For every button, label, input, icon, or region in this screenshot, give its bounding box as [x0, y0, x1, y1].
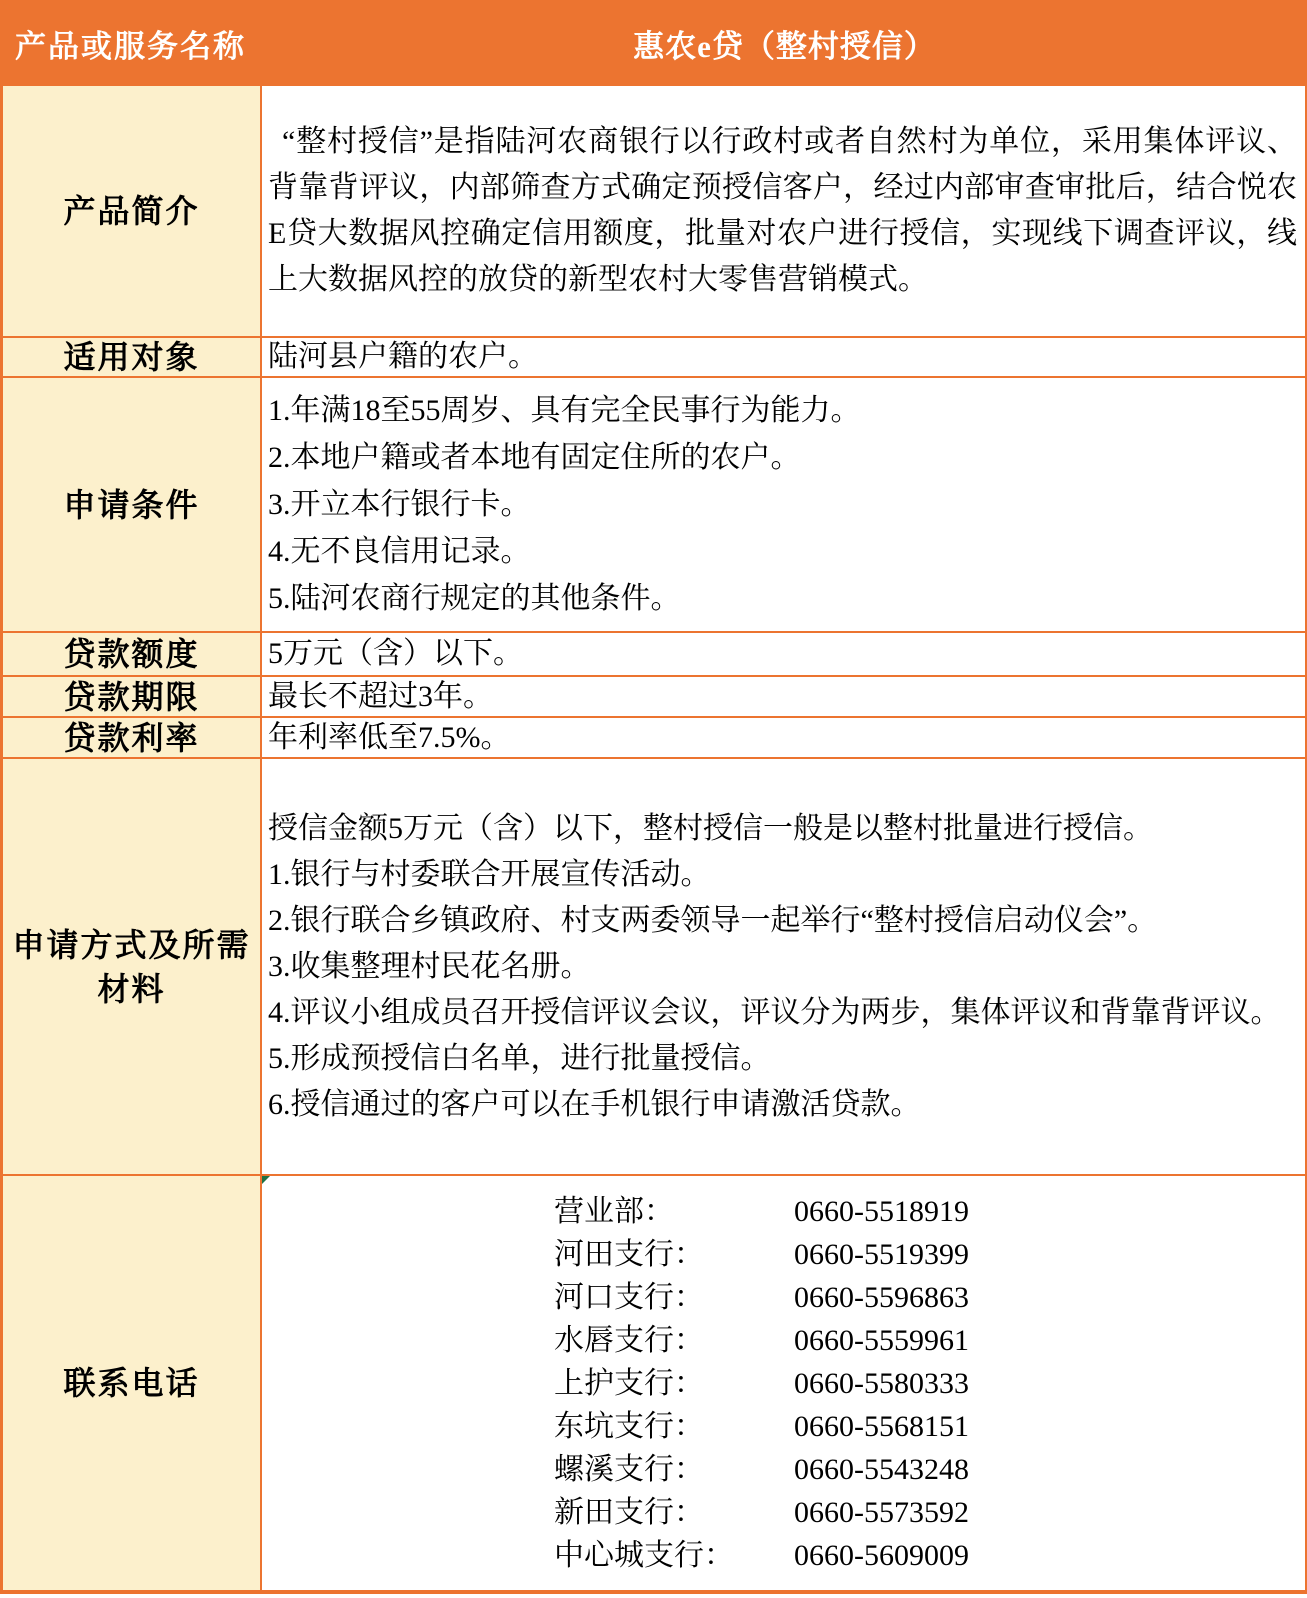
label-application-process: 申请方式及所需材料 [0, 759, 262, 1174]
contact-row: 水唇支行： 0660-5559961 [554, 1319, 1305, 1362]
contact-row: 螺溪支行： 0660-5543248 [554, 1448, 1305, 1491]
branch-phone: 0660-5518919 [794, 1190, 969, 1233]
target-customers-text: 陆河县户籍的农户。 [268, 340, 1297, 374]
row-loan-term: 贷款期限 最长不超过3年。 [0, 677, 1307, 718]
cell-application-conditions: 1.年满18至55周岁、具有完全民事行为能力。 2.本地户籍或者本地有固定住所的… [262, 378, 1307, 631]
row-application-conditions: 申请条件 1.年满18至55周岁、具有完全民事行为能力。 2.本地户籍或者本地有… [0, 378, 1307, 633]
contact-row: 新田支行： 0660-5573592 [554, 1491, 1305, 1534]
condition-item: 4.无不良信用记录。 [268, 528, 1297, 575]
branch-name: 河口支行： [554, 1276, 794, 1319]
label-loan-rate: 贷款利率 [0, 718, 262, 757]
branch-name: 东坑支行： [554, 1405, 794, 1448]
contact-row: 河田支行： 0660-5519399 [554, 1233, 1305, 1276]
process-item: 5.形成预授信白名单，进行批量授信。 [268, 1036, 1297, 1082]
loan-term-text: 最长不超过3年。 [268, 680, 1297, 714]
row-loan-amount: 贷款额度 5万元（含）以下。 [0, 633, 1307, 677]
label-loan-amount: 贷款额度 [0, 633, 262, 675]
contact-row: 营业部： 0660-5518919 [554, 1190, 1305, 1233]
contact-row: 上护支行： 0660-5580333 [554, 1362, 1305, 1405]
branch-phone: 0660-5573592 [794, 1491, 969, 1534]
contact-row: 河口支行： 0660-5596863 [554, 1276, 1305, 1319]
branch-name: 水唇支行： [554, 1319, 794, 1362]
table-header-row: 产品或服务名称 惠农e贷（整村授信） [0, 0, 1307, 86]
row-product-intro: 产品简介 “整村授信”是指陆河农商银行以行政村或者自然村为单位，采用集体评议、背… [0, 86, 1307, 338]
label-loan-term: 贷款期限 [0, 677, 262, 716]
branch-phone: 0660-5559961 [794, 1319, 969, 1362]
contact-row: 东坑支行： 0660-5568151 [554, 1405, 1305, 1448]
process-item: 4.评议小组成员召开授信评议会议，评议分为两步，集体评议和背靠背评议。 [268, 990, 1297, 1036]
branch-name: 中心城支行： [554, 1534, 794, 1577]
branch-phone: 0660-5568151 [794, 1405, 969, 1448]
loan-rate-text: 年利率低至7.5%。 [268, 721, 1297, 755]
cell-product-intro: “整村授信”是指陆河农商银行以行政村或者自然村为单位，采用集体评议、背靠背评议，… [262, 86, 1307, 336]
process-item: 2.银行联合乡镇政府、村支两委领导一起举行“整村授信启动仪会”。 [268, 898, 1297, 944]
contact-list: 营业部： 0660-5518919 河田支行： 0660-5519399 河口支… [262, 1176, 1305, 1590]
branch-phone: 0660-5543248 [794, 1448, 969, 1491]
condition-item: 3.开立本行银行卡。 [268, 481, 1297, 528]
cell-target-customers: 陆河县户籍的农户。 [262, 338, 1307, 376]
row-contact-phones: 联系电话 营业部： 0660-5518919 河田支行： 0660-551939… [0, 1176, 1307, 1590]
condition-item: 1.年满18至55周岁、具有完全民事行为能力。 [268, 387, 1297, 434]
process-item: 授信金额5万元（含）以下，整村授信一般是以整村批量进行授信。 [268, 806, 1297, 852]
process-item: 1.银行与村委联合开展宣传活动。 [268, 852, 1297, 898]
product-title: 惠农e贷（整村授信） [262, 21, 1307, 66]
branch-name: 上护支行： [554, 1362, 794, 1405]
branch-name: 营业部： [554, 1190, 794, 1233]
loan-amount-text: 5万元（含）以下。 [268, 637, 1297, 671]
branch-phone: 0660-5609009 [794, 1534, 969, 1577]
cell-loan-term: 最长不超过3年。 [262, 677, 1307, 716]
condition-item: 2.本地户籍或者本地有固定住所的农户。 [268, 434, 1297, 481]
branch-name: 河田支行： [554, 1233, 794, 1276]
cell-loan-amount: 5万元（含）以下。 [262, 633, 1307, 675]
cell-contact-phones: 营业部： 0660-5518919 河田支行： 0660-5519399 河口支… [262, 1176, 1307, 1590]
row-target-customers: 适用对象 陆河县户籍的农户。 [0, 338, 1307, 378]
process-item: 6.授信通过的客户可以在手机银行申请激活贷款。 [268, 1082, 1297, 1128]
process-item: 3.收集整理村民花名册。 [268, 944, 1297, 990]
cell-corner-indicator-icon [262, 1176, 270, 1184]
branch-phone: 0660-5580333 [794, 1362, 969, 1405]
label-application-conditions: 申请条件 [0, 378, 262, 631]
header-product-name-label: 产品或服务名称 [0, 21, 262, 66]
label-contact-phones: 联系电话 [0, 1176, 262, 1590]
product-intro-text: “整村授信”是指陆河农商银行以行政村或者自然村为单位，采用集体评议、背靠背评议，… [268, 119, 1297, 303]
condition-item: 5.陆河农商行规定的其他条件。 [268, 575, 1297, 622]
branch-name: 新田支行： [554, 1491, 794, 1534]
label-target-customers: 适用对象 [0, 338, 262, 376]
row-loan-rate: 贷款利率 年利率低至7.5%。 [0, 718, 1307, 759]
branch-name: 螺溪支行： [554, 1448, 794, 1491]
cell-application-process: 授信金额5万元（含）以下，整村授信一般是以整村批量进行授信。 1.银行与村委联合… [262, 759, 1307, 1174]
branch-phone: 0660-5596863 [794, 1276, 969, 1319]
product-info-table: 产品或服务名称 惠农e贷（整村授信） 产品简介 “整村授信”是指陆河农商银行以行… [0, 0, 1307, 1594]
contact-row: 中心城支行： 0660-5609009 [554, 1534, 1305, 1577]
label-product-intro: 产品简介 [0, 86, 262, 336]
row-application-process: 申请方式及所需材料 授信金额5万元（含）以下，整村授信一般是以整村批量进行授信。… [0, 759, 1307, 1176]
cell-loan-rate: 年利率低至7.5%。 [262, 718, 1307, 757]
branch-phone: 0660-5519399 [794, 1233, 969, 1276]
